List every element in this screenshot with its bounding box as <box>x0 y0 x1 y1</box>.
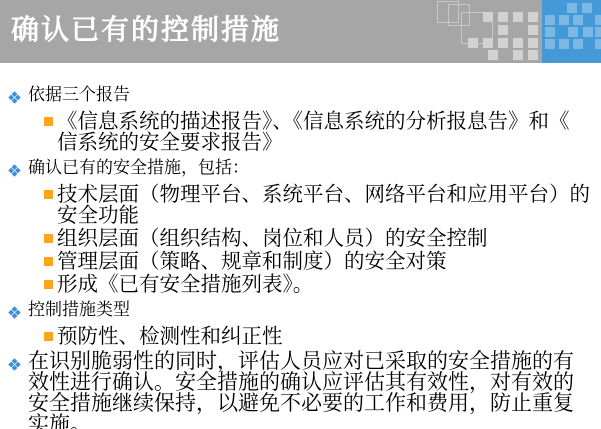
bullet-item: 管理层面（策略、规章和制度）的安全对策 <box>0 251 601 272</box>
bullet-row: 确认已有的安全措施，包括： <box>8 157 601 183</box>
diamond-bullet-icon <box>8 351 28 375</box>
bullet-text: 控制措施类型 <box>28 299 601 321</box>
bullet-line: 管理层面（策略、规章和制度）的安全对策 <box>57 251 601 272</box>
mosaic-square-icon <box>528 38 538 48</box>
square-bullet-icon <box>44 326 57 341</box>
bullet-line: 预防性、检测性和纠正性 <box>57 326 601 347</box>
bullet-item: 在识别脆弱性的同时，评估人员应对已采取的安全措施的有效性进行确认。安全措施的确认… <box>0 351 601 429</box>
mosaic-square-icon <box>545 39 555 49</box>
mosaic-square-icon <box>513 50 523 60</box>
bullet-item: 形成《已有安全措施列表》。 <box>0 274 601 295</box>
bullet-row: 依据三个报告 <box>8 84 601 110</box>
bullet-line: 实施。 <box>28 414 601 429</box>
bullet-line: 在识别脆弱性的同时，评估人员应对已采取的安全措施的有 <box>28 351 601 372</box>
bullet-line: 依据三个报告 <box>28 84 601 106</box>
bullet-text: 确认已有的安全措施，包括： <box>28 157 601 179</box>
bullet-line: 控制措施类型 <box>28 299 601 321</box>
bullet-line: 安全功能 <box>57 205 601 226</box>
bullet-text: 依据三个报告 <box>28 84 601 106</box>
bullet-item: 预防性、检测性和纠正性 <box>0 326 601 347</box>
bullet-text: 预防性、检测性和纠正性 <box>57 326 601 347</box>
bullet-item: 控制措施类型 <box>0 299 601 325</box>
mosaic-square-icon <box>528 12 538 22</box>
mosaic-square-icon <box>559 15 569 25</box>
bullet-row: 形成《已有安全措施列表》。 <box>44 274 601 295</box>
bullet-text: 形成《已有安全措施列表》。 <box>57 274 601 295</box>
bullet-row: 组织层面（组织结构、岗位和人员）的安全控制 <box>44 228 601 249</box>
bullet-item: 《信息系统的描述报告》、《信息系统的分析报息告》和《信系统的安全要求报告》 <box>0 111 601 153</box>
mosaic-square-icon <box>468 38 478 48</box>
mosaic-square-icon <box>573 15 583 25</box>
square-bullet-icon <box>44 274 57 289</box>
mosaic-square-icon <box>582 3 592 13</box>
mosaic-square-icon <box>573 39 583 49</box>
mosaic-square-icon <box>567 3 577 13</box>
bullet-item: 技术层面（物理平台、系统平台、网络平台和应用平台）的安全功能 <box>0 184 601 226</box>
slide-title: 确认已有的控制措施 <box>11 8 281 48</box>
bullet-line: 确认已有的安全措施，包括： <box>28 157 601 179</box>
mosaic-square-icon <box>568 27 578 37</box>
bullet-text: 管理层面（策略、规章和制度）的安全对策 <box>57 251 601 272</box>
mosaic-square-icon <box>513 38 523 48</box>
mosaic-square-icon <box>488 50 498 60</box>
square-bullet-icon <box>44 251 57 266</box>
bullet-line: 效性进行确认。安全措施的确认应评估其有效性，对有效的 <box>28 372 601 393</box>
slide: 确认已有的控制措施 依据三个报告《信息系统的描述报告》、《信息系统的分析报息告》… <box>0 0 601 429</box>
bullet-line: 信系统的安全要求报告》 <box>57 132 601 153</box>
diamond-bullet-icon <box>8 157 28 183</box>
bullet-text: 组织层面（组织结构、岗位和人员）的安全控制 <box>57 228 601 249</box>
diamond-bullet-icon <box>8 84 28 110</box>
mosaic-square-icon <box>483 12 493 22</box>
title-bar: 确认已有的控制措施 <box>0 0 601 63</box>
bullet-row: 在识别脆弱性的同时，评估人员应对已采取的安全措施的有效性进行确认。安全措施的确认… <box>8 351 601 429</box>
mosaic-square-icon <box>498 12 508 22</box>
bullet-text: 在识别脆弱性的同时，评估人员应对已采取的安全措施的有效性进行确认。安全措施的确认… <box>28 351 601 429</box>
bullet-line: 安全措施继续保持，以避免不必要的工作和费用，防止重复 <box>28 393 601 414</box>
mosaic-square-icon <box>595 27 601 37</box>
mosaic-square-icon <box>595 39 601 49</box>
bullet-text: 《信息系统的描述报告》、《信息系统的分析报息告》和《信系统的安全要求报告》 <box>57 111 601 153</box>
mosaic-square-icon <box>559 39 569 49</box>
mosaic-square-icon <box>528 25 538 35</box>
bullet-line: 技术层面（物理平台、系统平台、网络平台和应用平台）的 <box>57 184 601 205</box>
bullet-row: 技术层面（物理平台、系统平台、网络平台和应用平台）的安全功能 <box>44 184 601 226</box>
mosaic-square-icon <box>483 38 493 48</box>
mosaic-square-icon <box>545 27 555 37</box>
bullet-item: 组织层面（组织结构、岗位和人员）的安全控制 <box>0 228 601 249</box>
bullet-row: 预防性、检测性和纠正性 <box>44 326 601 347</box>
mosaic-square-icon <box>498 25 508 35</box>
bullet-line: 形成《已有安全措施列表》。 <box>57 274 601 295</box>
bullet-line: 组织层面（组织结构、岗位和人员）的安全控制 <box>57 228 601 249</box>
mosaic-square-icon <box>498 38 508 48</box>
square-bullet-icon <box>44 184 57 199</box>
mosaic-square-icon <box>545 15 555 25</box>
bullet-line: 《信息系统的描述报告》、《信息系统的分析报息告》和《 <box>57 111 601 132</box>
mosaic-square-icon <box>595 15 601 25</box>
diamond-bullet-icon <box>8 299 28 325</box>
bullet-row: 管理层面（策略、规章和制度）的安全对策 <box>44 251 601 272</box>
square-bullet-icon <box>44 111 57 126</box>
mosaic-square-icon <box>513 12 523 22</box>
bullet-list: 依据三个报告《信息系统的描述报告》、《信息系统的分析报息告》和《信系统的安全要求… <box>0 84 601 429</box>
bullet-item: 确认已有的安全措施，包括： <box>0 157 601 183</box>
square-bullet-icon <box>44 228 57 243</box>
bullet-item: 依据三个报告 <box>0 84 601 110</box>
bullet-row: 控制措施类型 <box>8 299 601 325</box>
bullet-text: 技术层面（物理平台、系统平台、网络平台和应用平台）的安全功能 <box>57 184 601 226</box>
bullet-row: 《信息系统的描述报告》、《信息系统的分析报息告》和《信系统的安全要求报告》 <box>44 111 601 153</box>
mosaic-square-icon <box>583 27 593 37</box>
mosaic-square-icon <box>528 50 538 60</box>
